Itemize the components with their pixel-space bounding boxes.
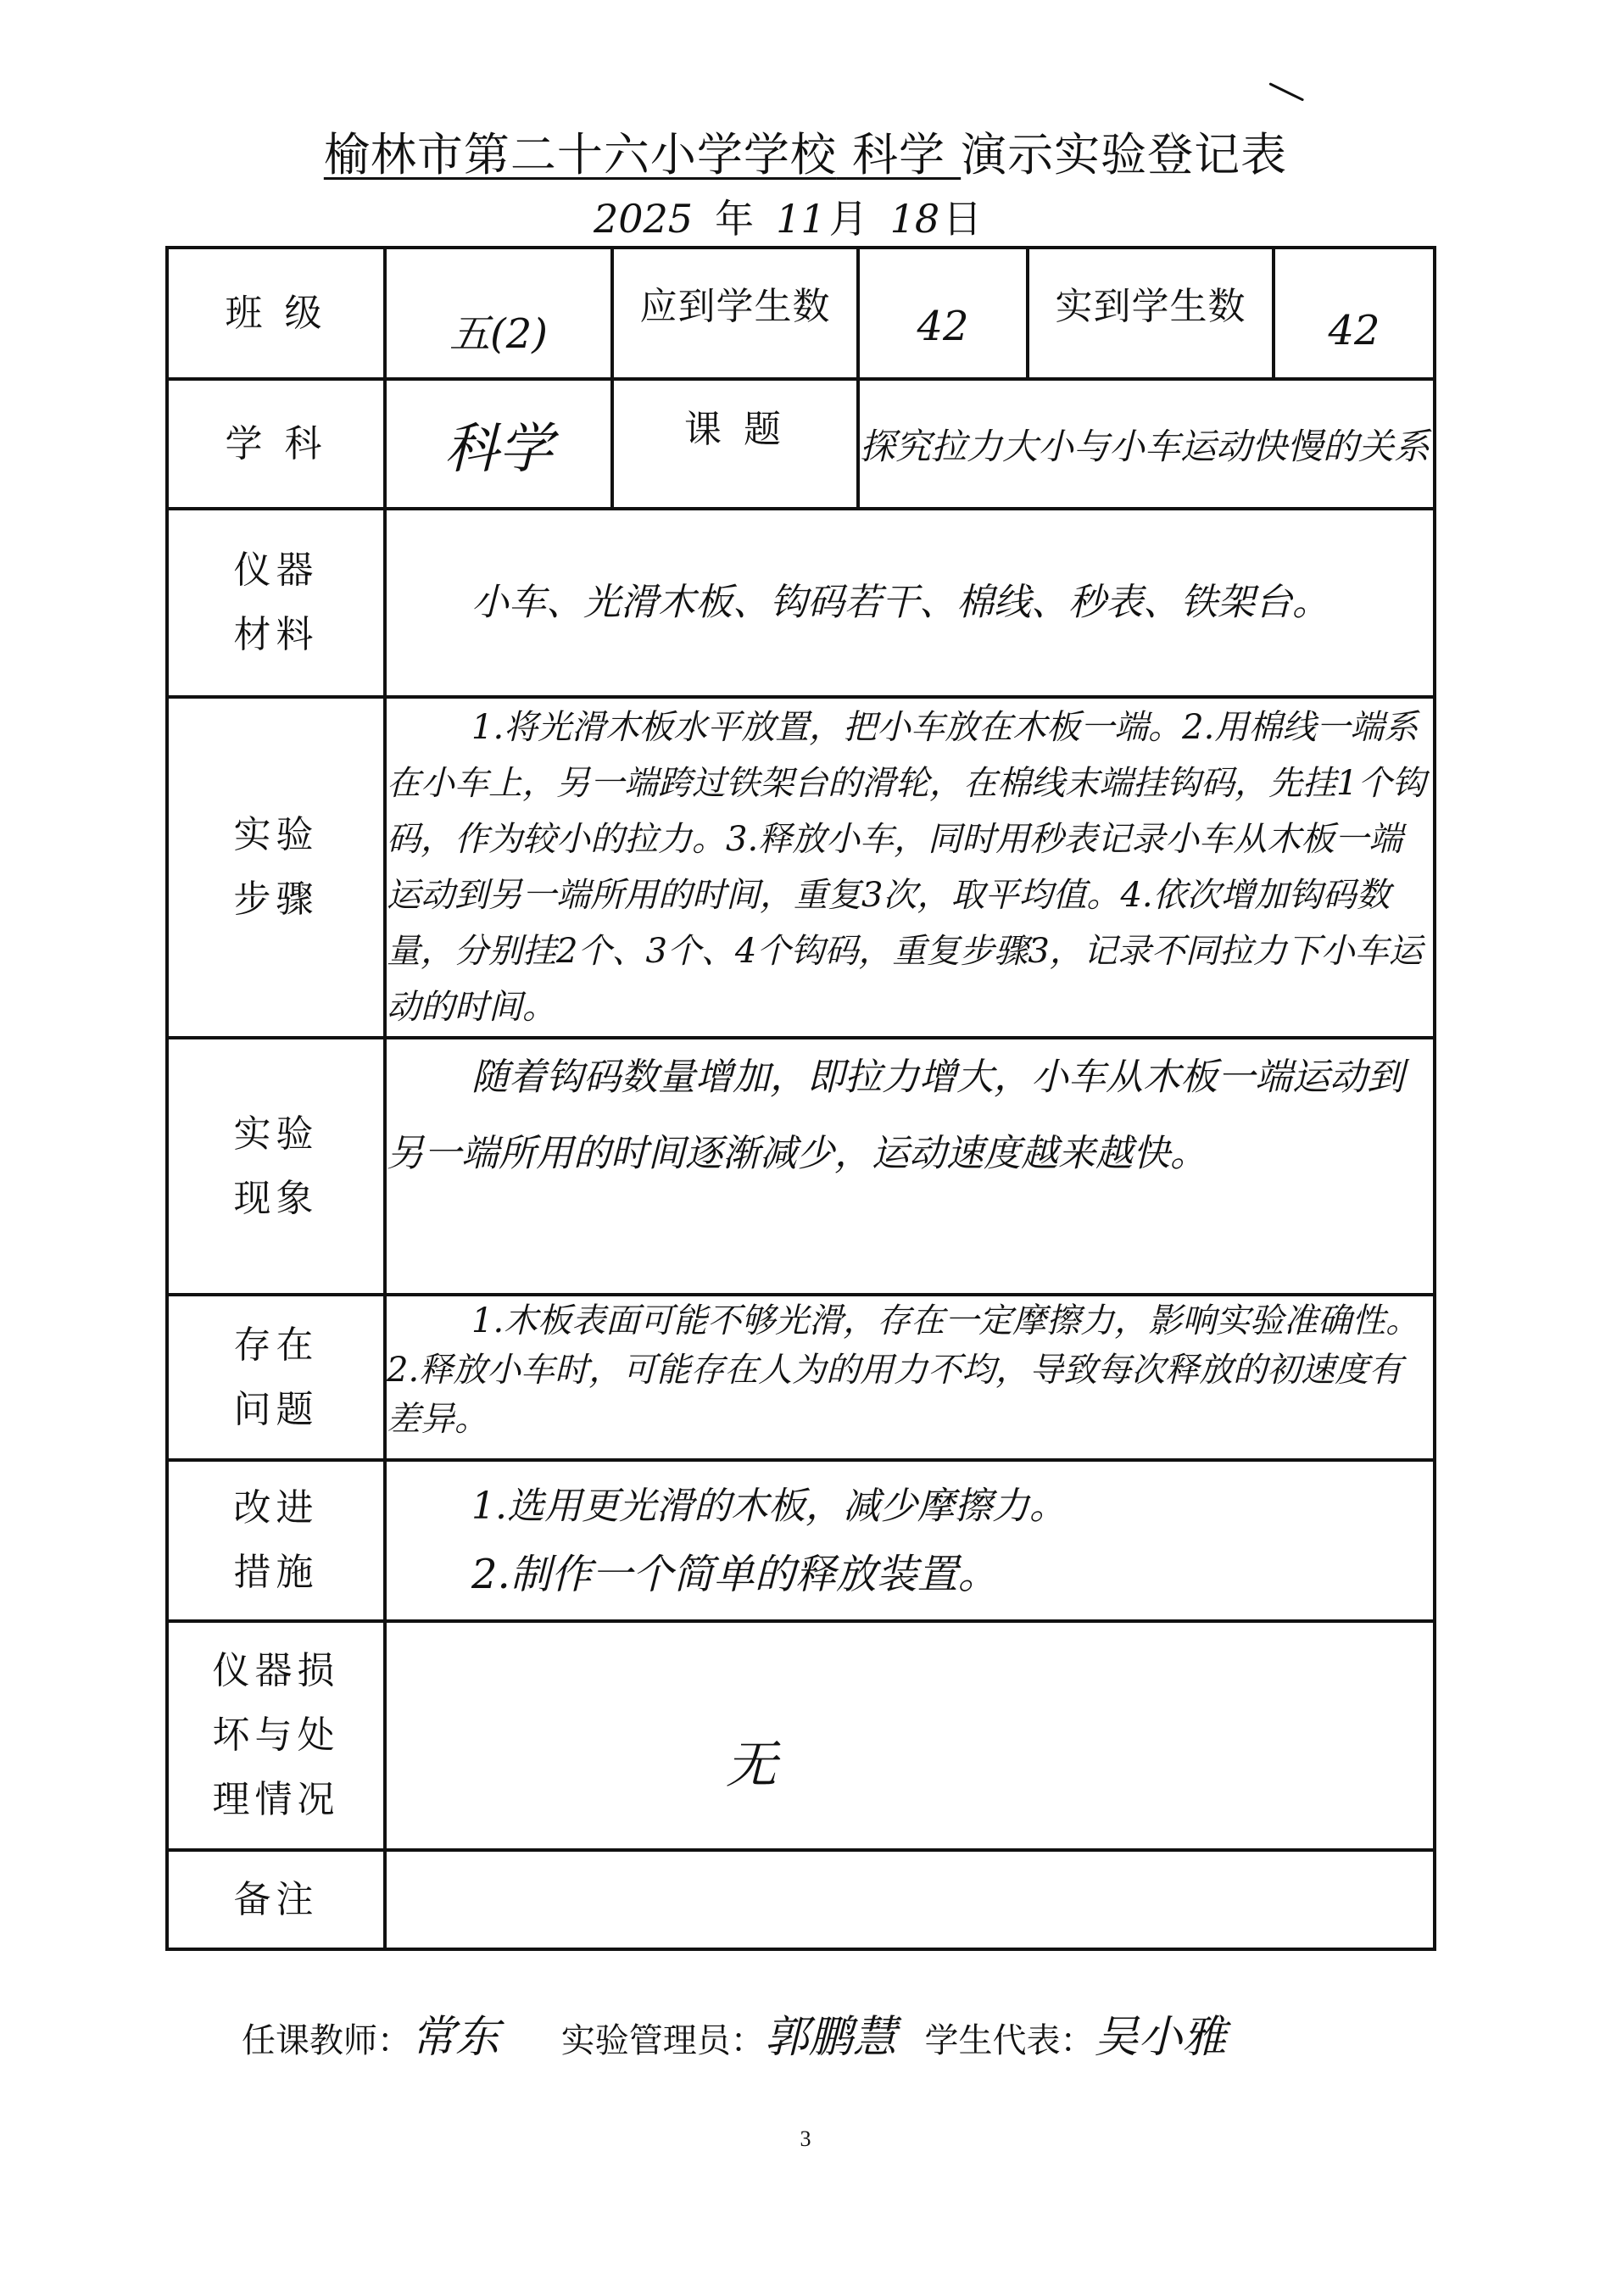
row-steps: 实验 步骤 1.将光滑木板水平放置，把小车放在木板一端。2.用棉线一端系在小车上…: [167, 697, 1435, 1038]
row-class: 班 级 五(2) 应到学生数 42 实到学生数 42: [167, 248, 1435, 379]
teacher-label: 任课教师：: [242, 2021, 411, 2060]
damage-value: 无: [385, 1621, 1435, 1850]
class-label: 班 级: [167, 248, 385, 379]
materials-label: 仪器 材料: [167, 509, 385, 697]
actual-students-value: 42: [1274, 248, 1435, 379]
date-day: 18: [890, 196, 940, 242]
row-damage: 仪器损 坏与处 理情况 无: [167, 1621, 1435, 1850]
title-suffix: 演示实验登记表: [961, 128, 1287, 181]
student-signature-group: 学生代表：吴小雅: [924, 2001, 1226, 2065]
row-materials: 仪器 材料 小车、光滑木板、钩码若干、棉线、秒表、铁架台。: [167, 509, 1435, 697]
phenomenon-value: 随着钩码数量增加，即拉力增大，小车从木板一端运动到另一端所用的时间逐渐减少，运动…: [385, 1038, 1435, 1295]
improvements-label: 改进 措施: [167, 1460, 385, 1621]
row-problems: 存在 问题 1.木板表面可能不够光滑，存在一定摩擦力，影响实验准确性。2.释放小…: [167, 1295, 1435, 1460]
improvements-value: 1.选用更光滑的木板，减少摩擦力。 2.制作一个简单的释放装置。: [385, 1460, 1435, 1621]
topic-label: 课 题: [612, 379, 858, 509]
topic-value: 探究拉力大小与小车运动快慢的关系: [858, 379, 1435, 509]
record-date: 2025年11月18日: [594, 188, 1004, 244]
title-school: 榆林市第二十六小学学校: [324, 128, 837, 181]
steps-label: 实验 步骤: [167, 697, 385, 1038]
date-year-label: 年: [715, 196, 754, 242]
teacher-signature-group: 任课教师：常东: [242, 2001, 499, 2065]
row-phenomenon: 实验 现象 随着钩码数量增加，即拉力增大，小车从木板一端运动到另一端所用的时间逐…: [167, 1038, 1435, 1295]
problems-label: 存在 问题: [167, 1295, 385, 1460]
admin-signature: 郭鹏慧: [765, 2012, 897, 2063]
class-value: 五(2): [385, 248, 612, 379]
date-month: 11: [776, 196, 826, 242]
admin-label: 实验管理员：: [561, 2021, 765, 2060]
problems-value: 1.木板表面可能不够光滑，存在一定摩擦力，影响实验准确性。2.释放小车时，可能存…: [385, 1295, 1435, 1460]
signature-footer: 任课教师：常东 实验管理员：郭鹏慧 学生代表：吴小雅: [242, 2001, 1429, 2065]
admin-signature-group: 实验管理员：郭鹏慧: [561, 2001, 897, 2065]
expected-students-value: 42: [858, 248, 1028, 379]
page-number: 3: [0, 2126, 1611, 2152]
date-month-label: 月: [829, 196, 868, 242]
steps-value: 1.将光滑木板水平放置，把小车放在木板一端。2.用棉线一端系在小车上，另一端跨过…: [385, 697, 1435, 1038]
title-subject: 科学: [837, 128, 961, 181]
row-notes: 备注: [167, 1850, 1435, 1949]
row-improvements: 改进 措施 1.选用更光滑的木板，减少摩擦力。 2.制作一个简单的释放装置。: [167, 1460, 1435, 1621]
stray-pen-mark: [1268, 82, 1304, 101]
row-subject: 学 科 科学 课 题 探究拉力大小与小车运动快慢的关系: [167, 379, 1435, 509]
experiment-register-table: 班 级 五(2) 应到学生数 42 实到学生数 42 学 科 科学 课 题 探究…: [165, 246, 1436, 1951]
notes-value: [385, 1850, 1435, 1949]
subject-label: 学 科: [167, 379, 385, 509]
notes-label: 备注: [167, 1850, 385, 1949]
date-day-label: 日: [943, 196, 982, 242]
materials-value: 小车、光滑木板、钩码若干、棉线、秒表、铁架台。: [385, 509, 1435, 697]
subject-value: 科学: [385, 379, 612, 509]
actual-students-label: 实到学生数: [1028, 248, 1274, 379]
date-year: 2025: [594, 196, 693, 242]
improvement-item-2: 2.制作一个简单的释放装置。: [471, 1541, 1433, 1608]
damage-label: 仪器损 坏与处 理情况: [167, 1621, 385, 1850]
student-label: 学生代表：: [924, 2021, 1094, 2060]
teacher-signature: 常东: [411, 2012, 499, 2063]
improvement-item-1: 1.选用更光滑的木板，减少摩擦力。: [471, 1473, 1433, 1541]
student-signature: 吴小雅: [1094, 2012, 1226, 2063]
phenomenon-label: 实验 现象: [167, 1038, 385, 1295]
expected-students-label: 应到学生数: [612, 248, 858, 379]
document-title: 榆林市第二十六小学学校 科学 演示实验登记表: [0, 119, 1611, 184]
